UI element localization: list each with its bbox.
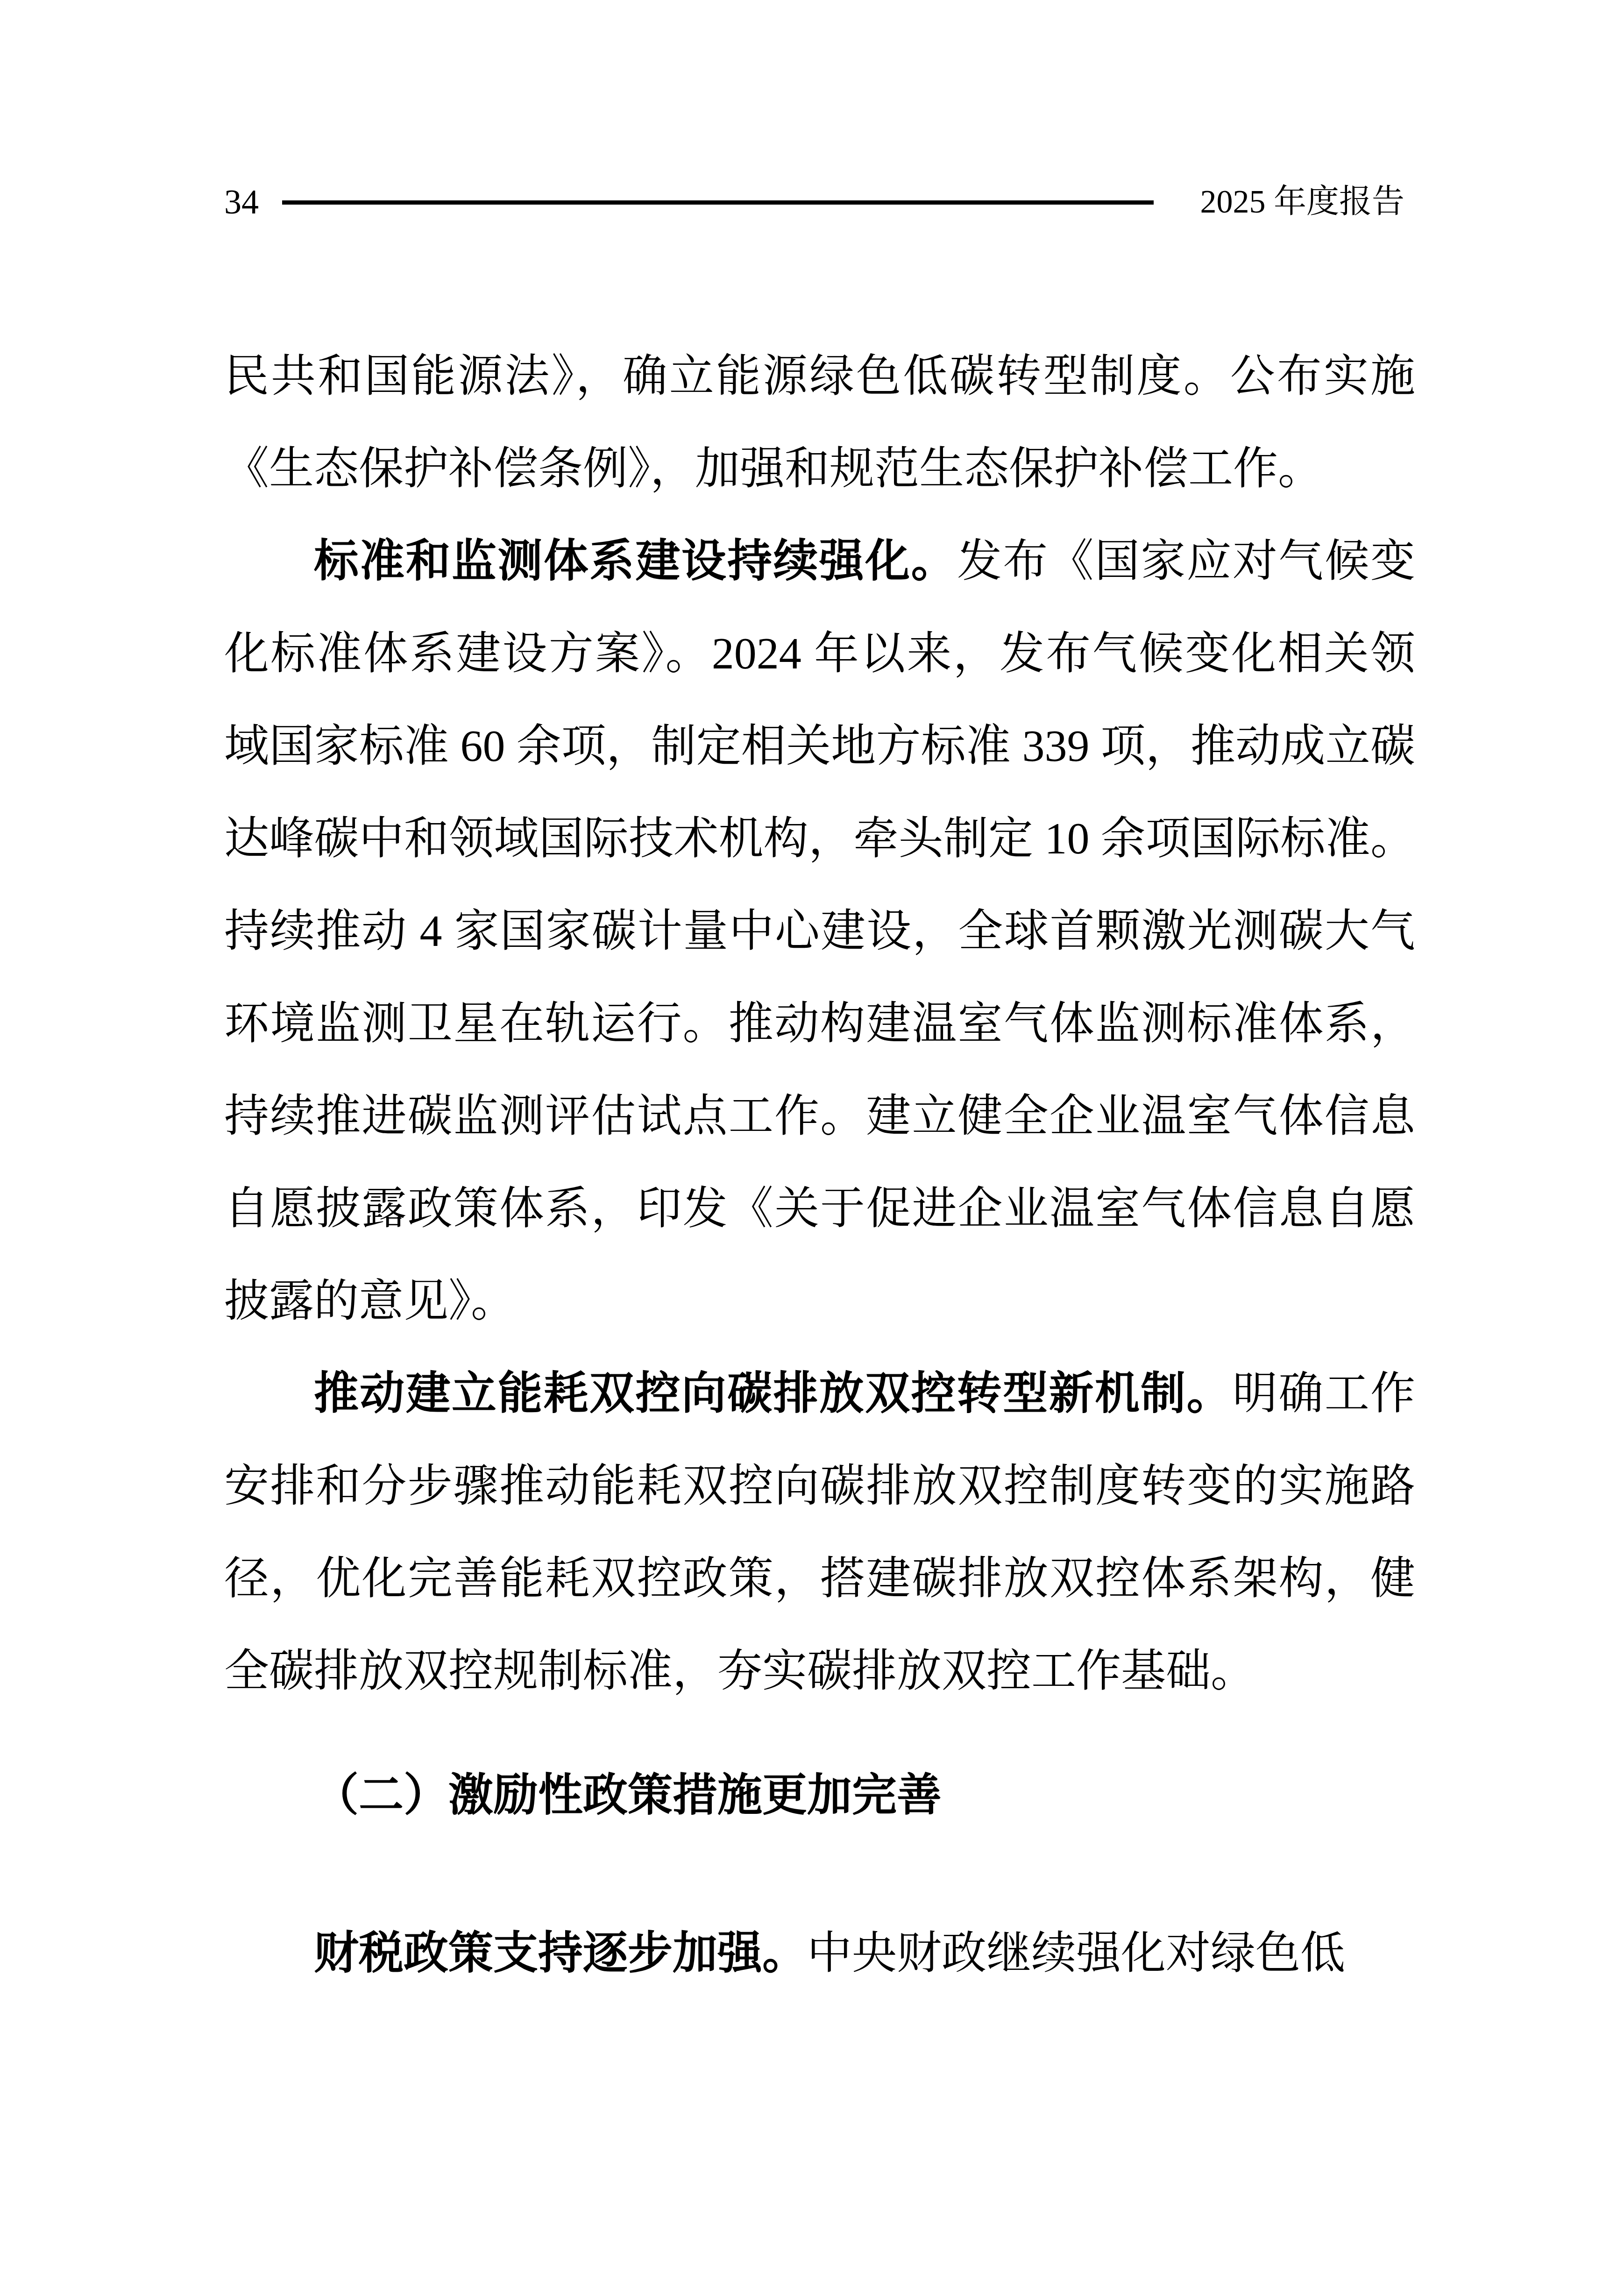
paragraph-standards-monitoring: 标准和监测体系建设持续强化。发布《国家应对气候变化标准体系建设方案》。2024 … <box>224 515 1415 1347</box>
document-page: 34 2025 年度报告 民共和国能源法》，确立能源绿色低碳转型制度。公布实施《… <box>0 0 1624 2295</box>
paragraph-fiscal-tax-policy: 财税政策支持逐步加强。中央财政继续强化对绿色低 <box>224 1907 1415 1999</box>
section-heading: （二）激励性政策措施更加完善 <box>224 1749 1415 1841</box>
paragraph-text: 发布《国家应对气候变化标准体系建设方案》。2024 年以来，发布气候变化相关领域… <box>224 536 1415 1326</box>
document-body: 民共和国能源法》，确立能源绿色低碳转型制度。公布实施《生态保护补偿条例》，加强和… <box>224 330 1415 1999</box>
paragraph-lead-bold: 标准和监测体系建设持续强化。 <box>314 536 957 586</box>
report-title: 2025 年度报告 <box>1200 179 1405 226</box>
header-divider-line <box>282 200 1154 205</box>
paragraph-energy-law-continuation: 民共和国能源法》，确立能源绿色低碳转型制度。公布实施《生态保护补偿条例》，加强和… <box>224 330 1415 515</box>
paragraph-text: 中央财政继续强化对绿色低 <box>807 1928 1345 1978</box>
paragraph-lead-bold: 财税政策支持逐步加强。 <box>314 1928 807 1978</box>
paragraph-dual-control-mechanism: 推动建立能耗双控向碳排放双控转型新机制。明确工作安排和分步骤推动能耗双控向碳排放… <box>224 1347 1415 1717</box>
page-number: 34 <box>224 179 259 226</box>
paragraph-lead-bold: 推动建立能耗双控向碳排放双控转型新机制。 <box>314 1368 1233 1418</box>
page-header: 34 2025 年度报告 <box>224 179 1404 226</box>
paragraph-text: 民共和国能源法》，确立能源绿色低碳转型制度。公布实施《生态保护补偿条例》，加强和… <box>224 351 1415 493</box>
